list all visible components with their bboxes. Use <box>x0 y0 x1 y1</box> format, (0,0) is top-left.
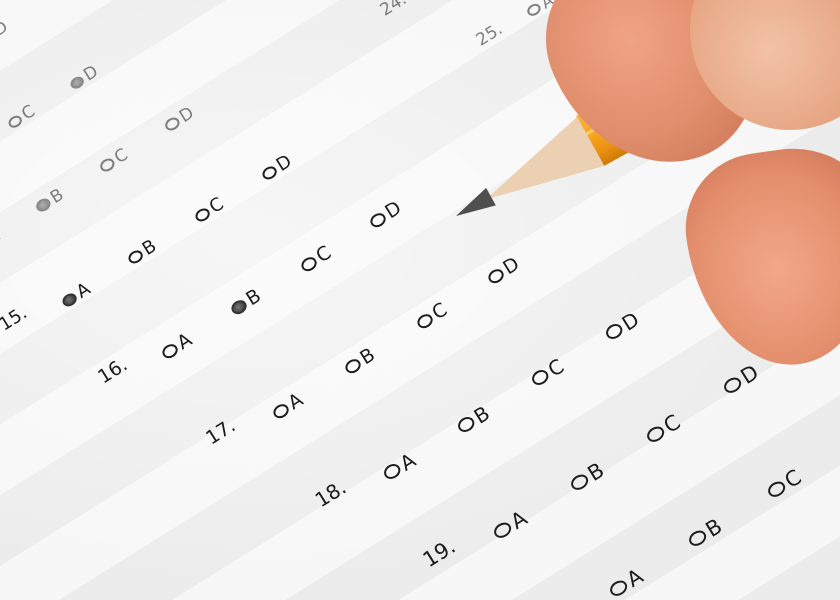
answer-sheet-photo: ABCDABCDABCD15.ABCD16.ABCD17.ABCD18.ABCD… <box>0 0 840 600</box>
pencil-lead-icon <box>451 188 496 225</box>
